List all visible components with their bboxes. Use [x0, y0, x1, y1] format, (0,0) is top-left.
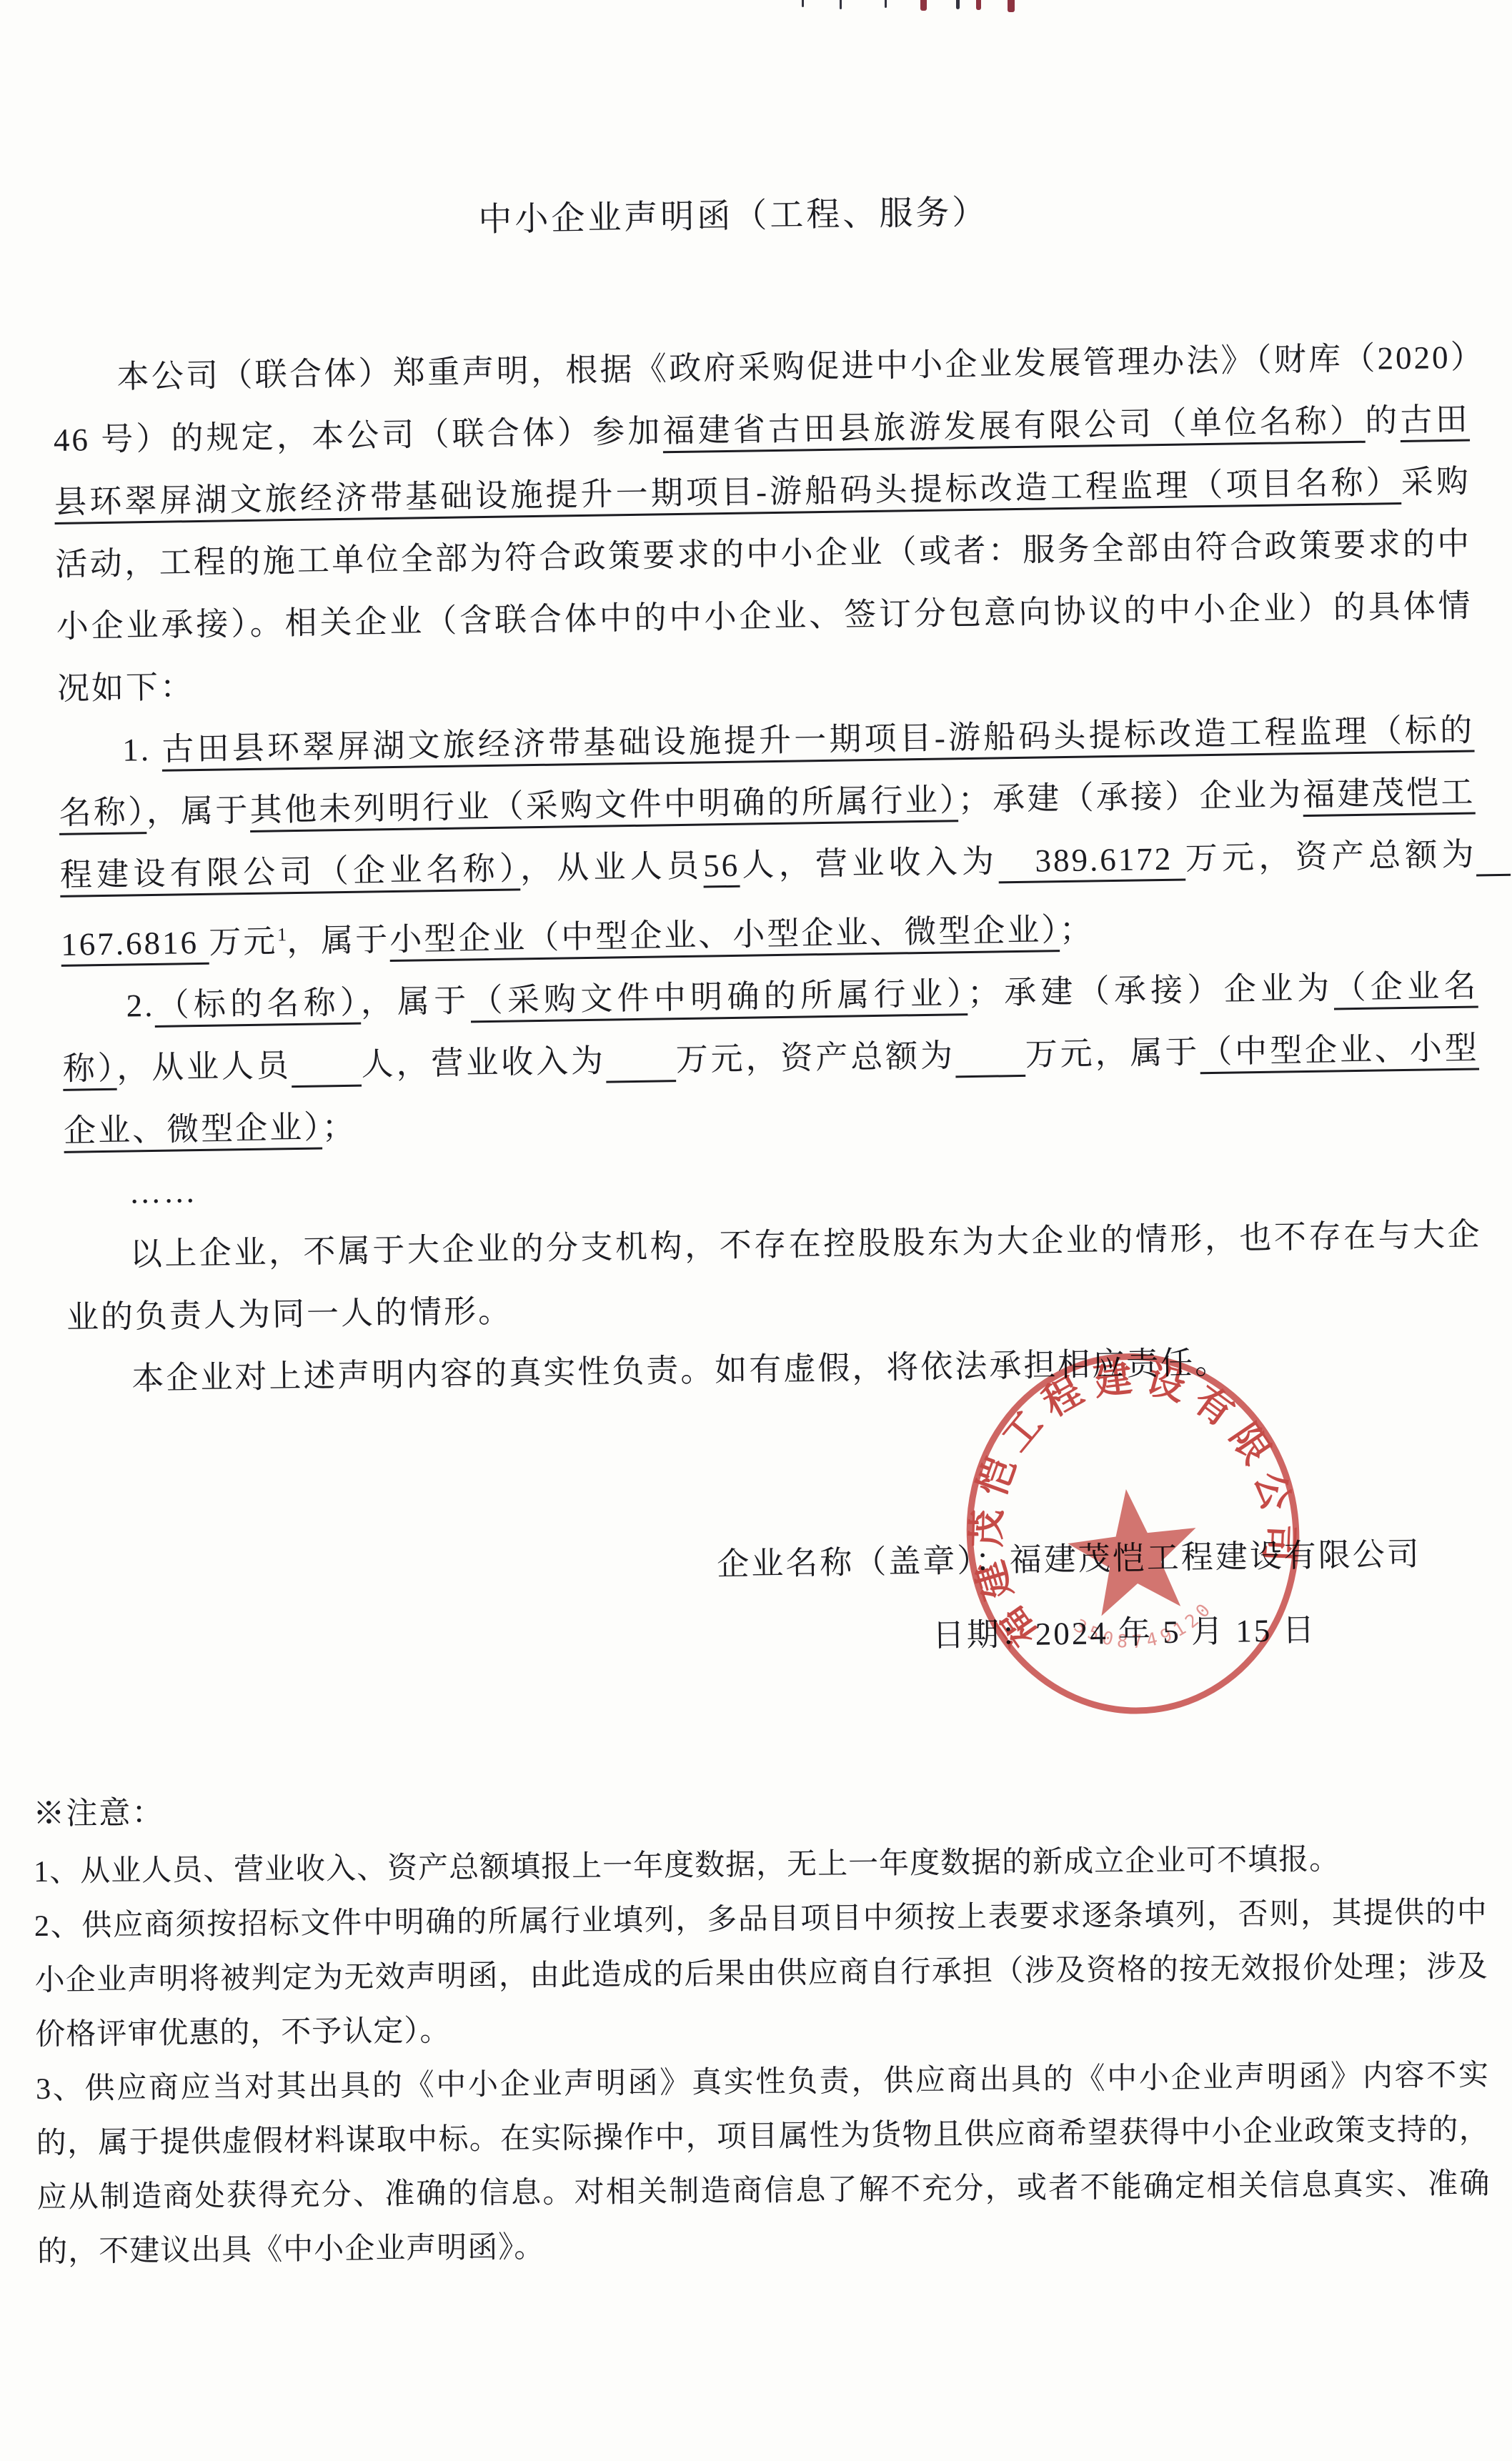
notes-section: ※注意： 1、从业人员、营业收入、资产总额填报上一年度数据，无上一年度数据的新成… [33, 1772, 1491, 2279]
item2-paragraph: 2.（标的名称），属于（采购文件中明确的所属行业）；承建（承接）企业为（企业名称… [61, 955, 1481, 1162]
intro-paragraph: 本公司（联合体）郑重声明，根据《政府采购促进中小企业发展管理办法》（财库（202… [52, 327, 1474, 720]
document-page: 中小企业声明函（工程、服务） 本公司（联合体）郑重声明，根据《政府采购促进中小企… [0, 0, 1512, 2461]
date-value: 2024 年 5 月 15 日 [1035, 1612, 1316, 1652]
text-segment: ，属于 [146, 792, 251, 830]
text-segment: ； [1059, 911, 1094, 948]
industry-placeholder: （采购文件中明确的所属行业） [470, 975, 968, 1018]
text-segment: ，从业人员 [519, 848, 703, 887]
scan-artifact [976, 0, 981, 10]
blank-field [955, 1037, 1026, 1073]
footnote-marker: 1 [277, 924, 287, 945]
scan-artifact [1008, 0, 1015, 12]
text-segment: 万元 [209, 923, 278, 960]
text-segment: 人，营业收入为 [740, 843, 999, 883]
text-segment: 万元，属于 [1025, 1034, 1200, 1073]
text-segment: 万元，资产总额为 [1185, 836, 1476, 876]
item1-paragraph: 1. 古田县环翠屏湖文旅经济带基础设施提升一期项目-游船码头提标改造工程监理（标… [58, 700, 1478, 976]
signature-date-line: 日期：2024 年 5 月 15 日 [932, 1606, 1488, 1657]
document-title: 中小企业声明函（工程、服务） [50, 185, 1467, 247]
text-segment: ；承建（承接）企业为 [958, 777, 1303, 817]
scan-artifact [840, 0, 842, 9]
signature-company-line: 企业名称（盖章）：福建茂恺工程建设有限公司 [717, 1531, 1487, 1586]
scan-artifact [885, 0, 887, 8]
text-segment: 的 [1365, 402, 1401, 439]
text-segment: ，属于 [360, 983, 471, 1020]
employee-count-field: 56 [703, 847, 740, 884]
declaration-document: 中小企业声明函（工程、服务） 本公司（联合体）郑重声明，根据《政府采购促进中小企… [50, 185, 1488, 1670]
scan-artifact [802, 0, 804, 7]
item-number: 2. [126, 988, 154, 1024]
note-item-2: 2、供应商须按招标文件中明确的所属行业填列，多品目项目中须按上表要求逐条填列，否… [34, 1885, 1489, 2062]
subject-name-placeholder: （标的名称） [154, 985, 361, 1023]
scan-artifact [920, 0, 927, 11]
notes-header: ※注意： [33, 1772, 1487, 1842]
text-segment: ；承建（承接）企业为 [967, 970, 1333, 1011]
company-seal-label: 企业名称（盖章）： [717, 1542, 1010, 1582]
company-name: 福建茂恺工程建设有限公司 [1009, 1536, 1421, 1578]
item-number: 1. [122, 732, 162, 768]
note-item-3: 3、供应商应当对其出具的《中小企业声明函》真实性负责，供应商出具的《中小企业声明… [36, 2048, 1491, 2279]
industry-field: 其他未列明行业（采购文件中明确的所属行业） [249, 782, 958, 828]
text-segment: ； [322, 1109, 357, 1145]
blank-field [606, 1042, 677, 1078]
date-label: 日期： [932, 1616, 1035, 1654]
purchaser-name-field: 福建省古田县旅游发展有限公司（单位名称） [662, 403, 1366, 449]
text-segment: 人，营业收入为 [361, 1043, 606, 1083]
blank-field [291, 1047, 362, 1083]
revenue-field: 389.6172 [998, 841, 1185, 880]
no-big-enterprise-paragraph: 以上企业，不属于大企业的分支机构，不存在控股股东为大企业的情形，也不存在与大企业… [65, 1203, 1483, 1348]
enterprise-type-field: 小型企业（中型企业、小型企业、微型企业） [389, 912, 1060, 958]
scan-artifact [956, 0, 960, 9]
text-segment: ，从业人员 [116, 1048, 292, 1086]
text-segment: ，属于 [287, 922, 390, 959]
text-segment: 万元，资产总额为 [675, 1038, 955, 1078]
